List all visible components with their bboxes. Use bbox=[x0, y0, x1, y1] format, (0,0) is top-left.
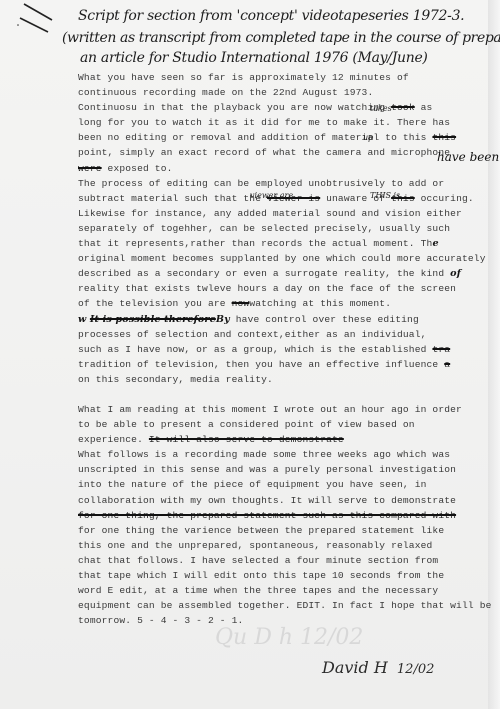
text-line: tradition of television, then you have a… bbox=[78, 357, 498, 372]
text-line: of the television you are nowwatching at… bbox=[78, 296, 498, 311]
text-line: on this secondary, media reality. bbox=[78, 372, 498, 387]
text-line: w It is possible thereforeBy have contro… bbox=[78, 312, 498, 327]
struck-word: this bbox=[432, 132, 456, 143]
text-line: separately of togehher, can be selected … bbox=[78, 221, 498, 236]
text-line: collaboration with my own thoughts. It w… bbox=[78, 493, 498, 508]
handwritten-insert: By bbox=[216, 314, 230, 325]
struck-word: tra bbox=[432, 344, 450, 355]
handwritten-insert: THIS is bbox=[370, 191, 400, 200]
text-line: were exposed to. bbox=[78, 161, 498, 176]
text-line: continuous recording made on the 22nd Au… bbox=[78, 85, 498, 100]
text-line: experience. It will also serve to demons… bbox=[78, 432, 498, 447]
text-line: into the nature of the piece of equipmen… bbox=[78, 477, 498, 492]
text-line: that it represents,rather than records t… bbox=[78, 236, 498, 251]
text-line: word E edit, at a time when the three ta… bbox=[78, 583, 498, 598]
handwritten-insert: up bbox=[363, 133, 373, 142]
struck-line: for one thing, the prepared statement su… bbox=[78, 508, 498, 523]
struck-sentence: It will also serve to demonstrate bbox=[149, 434, 344, 445]
text-line: What you have seen so far is approximate… bbox=[78, 70, 498, 85]
struck-word: a bbox=[444, 359, 450, 370]
margin-insert: have been bbox=[437, 150, 499, 164]
text-line: original moment becomes supplanted by on… bbox=[78, 251, 498, 266]
text-line: for one thing the varience between the p… bbox=[78, 523, 498, 538]
margin-slash-marks bbox=[10, 2, 55, 37]
text-line: point, simply an exact record of what th… bbox=[78, 145, 498, 160]
text-line: been no editing or removal and addition … bbox=[78, 130, 498, 145]
text-line: that tape which I will edit onto this ta… bbox=[78, 568, 498, 583]
struck-word: took bbox=[391, 102, 415, 113]
struck-word: now bbox=[232, 298, 250, 309]
text-line: this one and the unprepared, spontaneous… bbox=[78, 538, 498, 553]
show-through-ink: Qu D h 12/02 bbox=[215, 625, 363, 650]
text-line: chat that follows. I have selected a fou… bbox=[78, 553, 498, 568]
text-line: described as a secondary or even a surro… bbox=[78, 266, 498, 281]
signature-name: David H bbox=[322, 658, 388, 677]
text-line: The process of editing can be employed u… bbox=[78, 176, 498, 191]
handwritten-insert: takes bbox=[370, 104, 392, 113]
text-line: Continuosu in that the playback you are … bbox=[78, 100, 498, 115]
text-line: processes of selection and context,eithe… bbox=[78, 327, 498, 342]
text-line: What I am reading at this moment I wrote… bbox=[78, 402, 498, 417]
text-line: long for you to watch it as it did for m… bbox=[78, 115, 498, 130]
handwritten-note-line: (written as transcript from completed ta… bbox=[62, 30, 500, 46]
typed-body: What you have seen so far is approximate… bbox=[78, 70, 498, 628]
text-line: to be able to present a considered point… bbox=[78, 417, 498, 432]
text-line: What follows is a recording made some th… bbox=[78, 447, 498, 462]
signature: David H 12/02 bbox=[322, 658, 434, 677]
handwritten-title: Script for section from 'concept' videot… bbox=[78, 8, 464, 24]
handwritten-note-line: an article for Studio International 1976… bbox=[80, 50, 428, 66]
text-line: such as I have now, or as a group, which… bbox=[78, 342, 498, 357]
text-line: Likewise for instance, any added materia… bbox=[78, 206, 498, 221]
struck-word: were bbox=[78, 163, 102, 174]
handwritten-insert: viewer are bbox=[250, 191, 293, 200]
text-line: equipment can be assembled together. EDI… bbox=[78, 598, 498, 613]
text-line: reality that exists twleve hours a day o… bbox=[78, 281, 498, 296]
paragraph-gap bbox=[78, 387, 498, 402]
struck-phrase: It is possible therefore bbox=[90, 314, 216, 325]
signature-date: 12/02 bbox=[397, 662, 434, 677]
text-line: unscripted in this sense and was a purel… bbox=[78, 462, 498, 477]
